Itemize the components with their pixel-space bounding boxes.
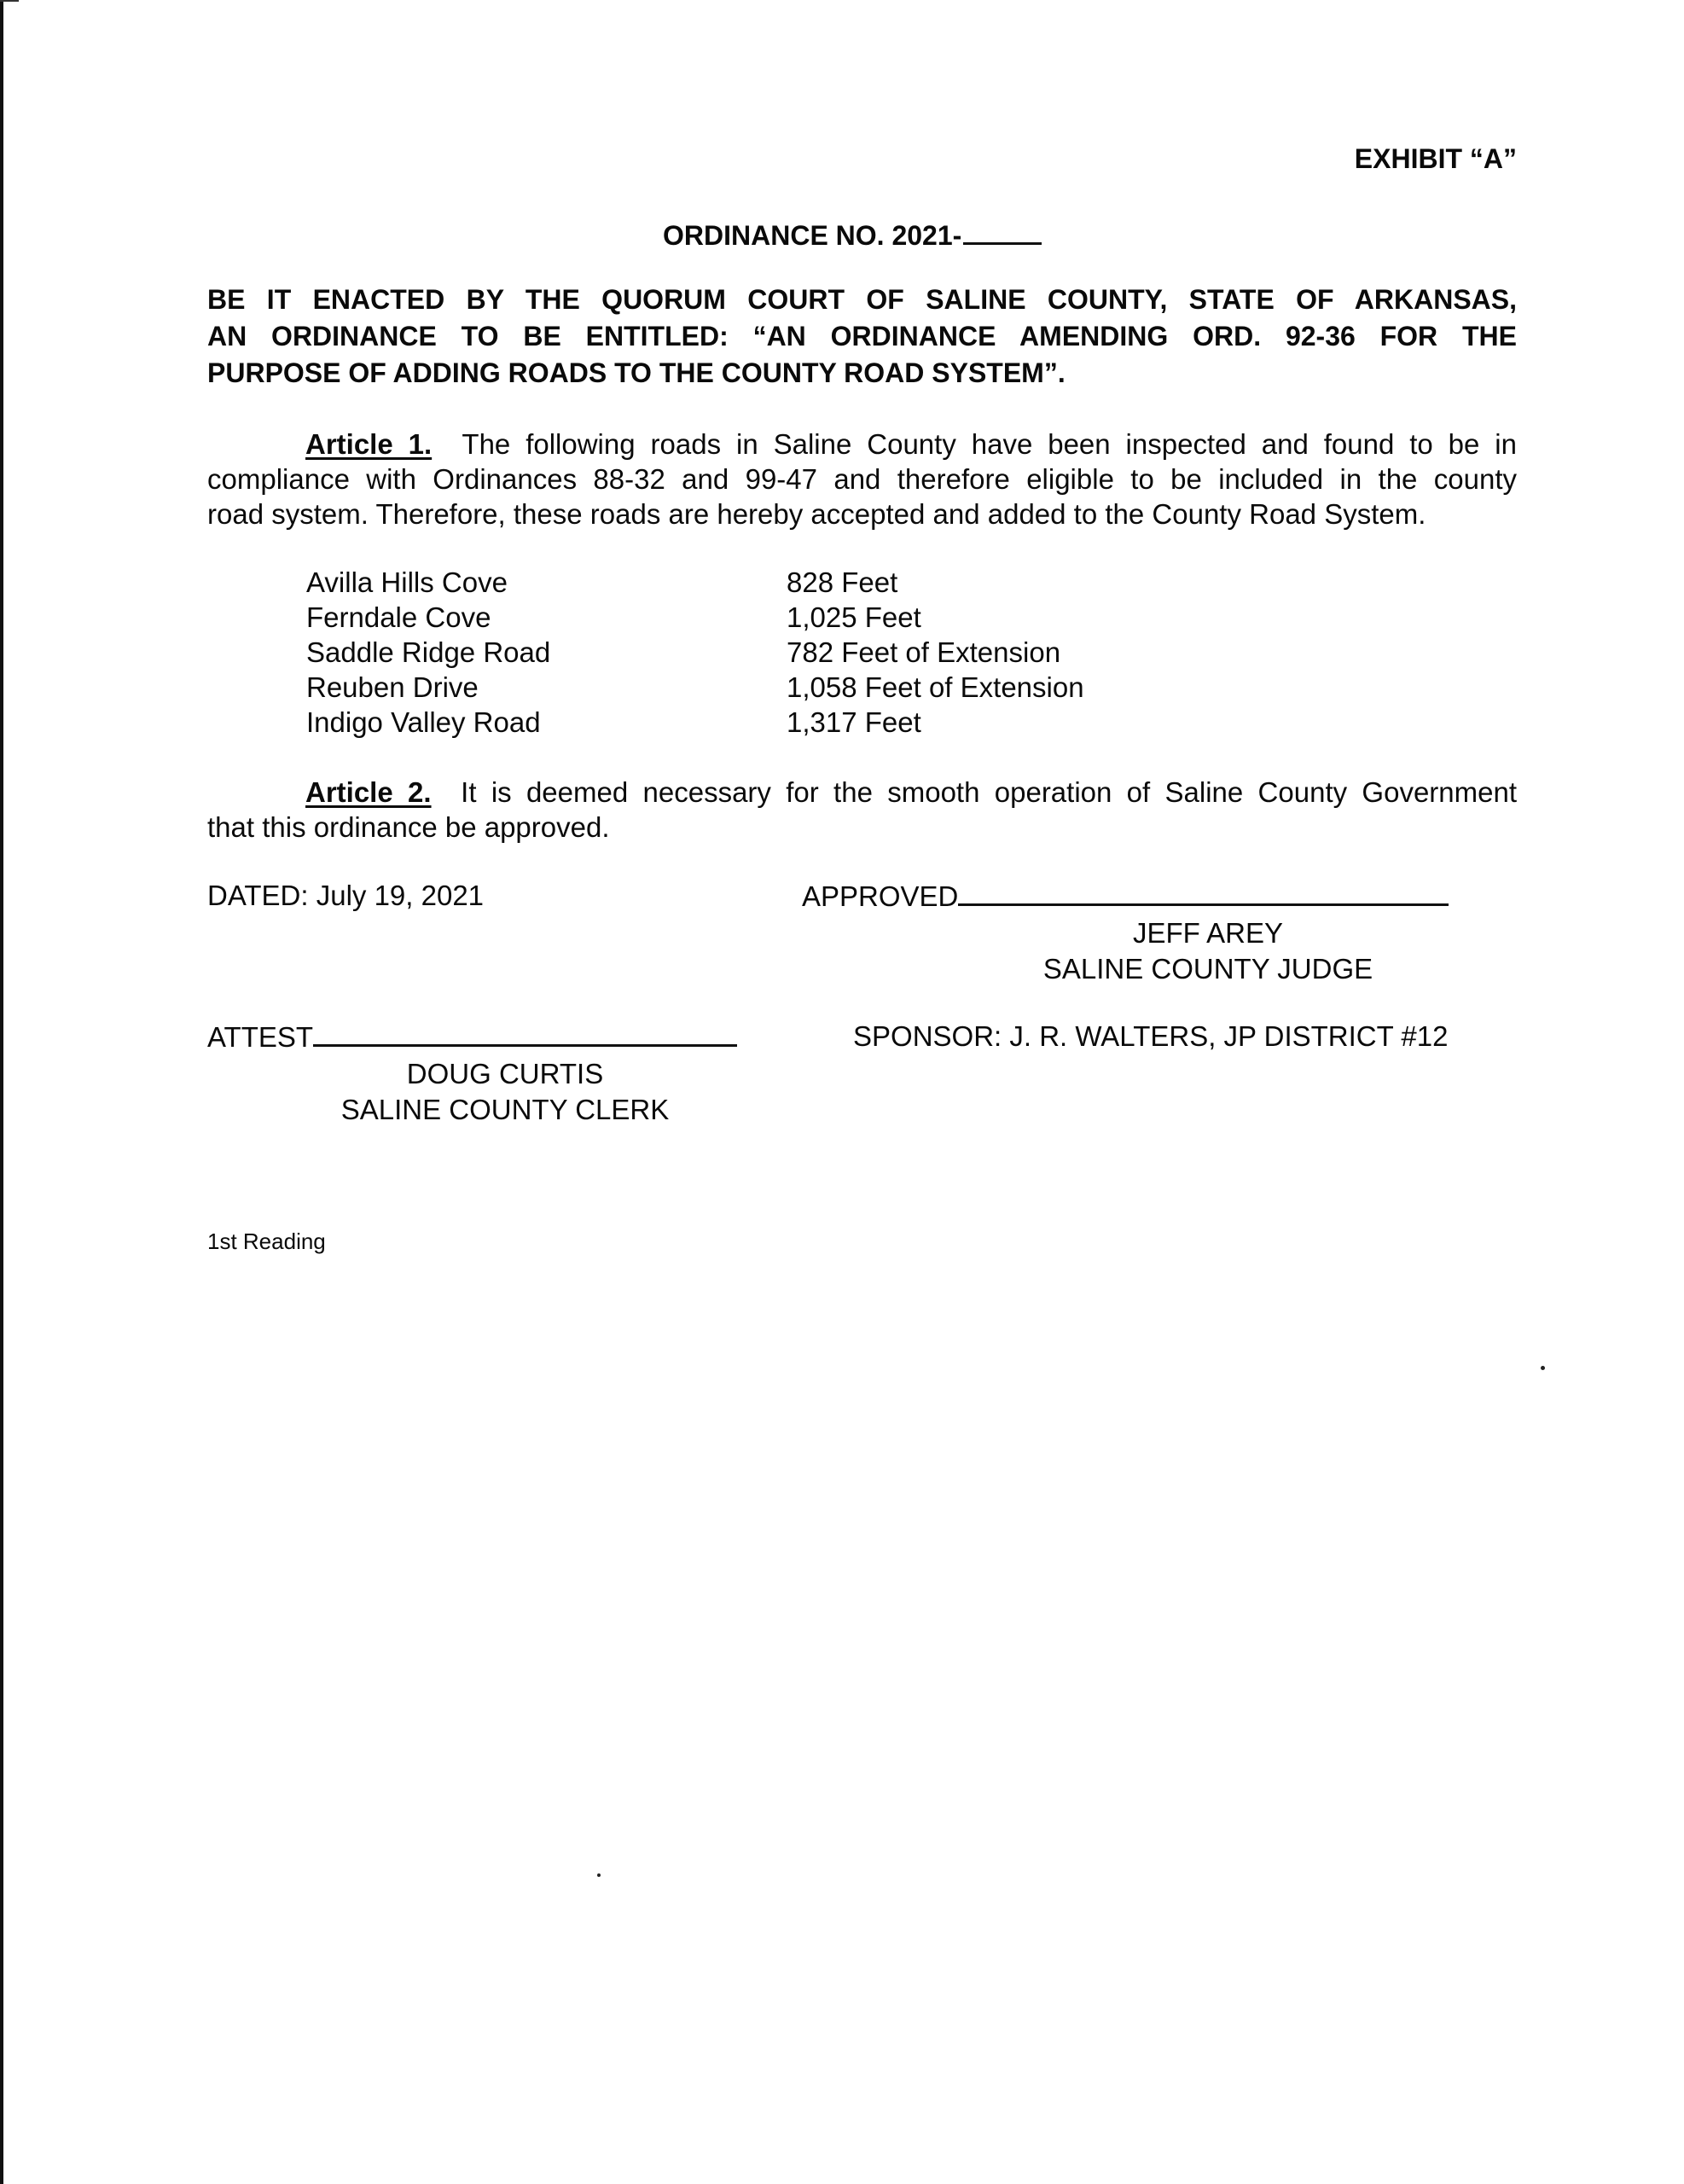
road-name: Reuben Drive — [306, 670, 787, 705]
ordinance-number-text: ORDINANCE NO. 2021- — [663, 220, 961, 251]
approved-signature: APPROVED — [802, 880, 1449, 913]
exhibit-label: EXHIBIT “A” — [1355, 143, 1517, 175]
sponsor-line: SPONSOR: J. R. WALTERS, JP DISTRICT #12 — [853, 1020, 1448, 1053]
road-row: Avilla Hills Cove828 Feet — [306, 565, 1084, 600]
article-1: Article 1. The following roads in Saline… — [207, 427, 1517, 531]
judge-name: JEFF AREY — [952, 915, 1464, 951]
road-name: Indigo Valley Road — [306, 705, 787, 740]
road-name: Ferndale Cove — [306, 600, 787, 635]
approved-label: APPROVED — [802, 880, 958, 912]
scan-speck — [1541, 1366, 1545, 1370]
judge-title: SALINE COUNTY JUDGE — [952, 951, 1464, 987]
article-2-label: Article 2. — [305, 776, 432, 808]
enactment-heading: BE IT ENACTED BY THE QUORUM COURT OF SAL… — [207, 282, 1517, 392]
road-row: Ferndale Cove1,025 Feet — [306, 600, 1084, 635]
article-1-label: Article 1. — [305, 428, 432, 460]
signature-line — [958, 880, 1449, 906]
clerk-name: DOUG CURTIS — [249, 1056, 761, 1092]
article-1-line: compliance with Ordinances 88-32 and 99-… — [207, 462, 1517, 497]
article-1-line: The following roads in Saline County hav… — [462, 428, 1517, 460]
road-name: Avilla Hills Cove — [306, 565, 787, 600]
road-row: Reuben Drive1,058 Feet of Extension — [306, 670, 1084, 705]
heading-line: BE IT ENACTED BY THE QUORUM COURT OF SAL… — [207, 282, 1517, 318]
ordinance-title: ORDINANCE NO. 2021- — [663, 220, 1042, 252]
scan-speck — [597, 1873, 601, 1877]
document-page: EXHIBIT “A” ORDINANCE NO. 2021- BE IT EN… — [0, 0, 1684, 2184]
dated-line: DATED: July 19, 2021 — [207, 880, 484, 912]
reading-note: 1st Reading — [207, 1228, 326, 1255]
road-row: Indigo Valley Road1,317 Feet — [306, 705, 1084, 740]
article-2-line: that this ordinance be approved. — [207, 810, 1517, 845]
road-row: Saddle Ridge Road782 Feet of Extension — [306, 635, 1084, 670]
road-name: Saddle Ridge Road — [306, 635, 787, 670]
attest-label: ATTEST — [207, 1021, 313, 1053]
road-length: 1,317 Feet — [787, 705, 921, 740]
road-length: 782 Feet of Extension — [787, 635, 1060, 670]
scan-border-top — [0, 0, 19, 2]
ordinance-number-blank — [963, 220, 1042, 245]
article-2: Article 2. It is deemed necessary for th… — [207, 775, 1517, 845]
signature-line — [313, 1020, 737, 1047]
judge-block: JEFF AREY SALINE COUNTY JUDGE — [952, 915, 1464, 987]
attest-signature: ATTEST — [207, 1020, 737, 1054]
heading-line: PURPOSE OF ADDING ROADS TO THE COUNTY RO… — [207, 355, 1517, 392]
heading-line: AN ORDINANCE TO BE ENTITLED: “AN ORDINAN… — [207, 318, 1517, 355]
clerk-block: DOUG CURTIS SALINE COUNTY CLERK — [249, 1056, 761, 1128]
clerk-title: SALINE COUNTY CLERK — [249, 1092, 761, 1128]
article-1-line: road system. Therefore, these roads are … — [207, 497, 1517, 531]
road-length: 828 Feet — [787, 565, 897, 600]
article-2-line: It is deemed necessary for the smooth op… — [461, 776, 1517, 808]
scan-border — [0, 0, 3, 2184]
road-list: Avilla Hills Cove828 Feet Ferndale Cove1… — [306, 565, 1084, 740]
road-length: 1,058 Feet of Extension — [787, 670, 1084, 705]
road-length: 1,025 Feet — [787, 600, 921, 635]
